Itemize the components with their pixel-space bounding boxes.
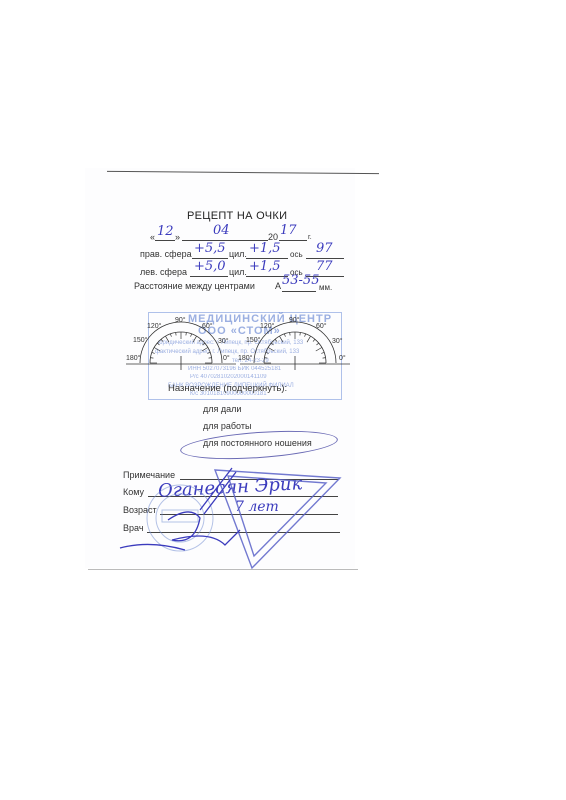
signature-and-stamps: [0, 0, 566, 800]
triangle-stamp: [215, 470, 340, 568]
doctor-signature: [120, 468, 240, 550]
